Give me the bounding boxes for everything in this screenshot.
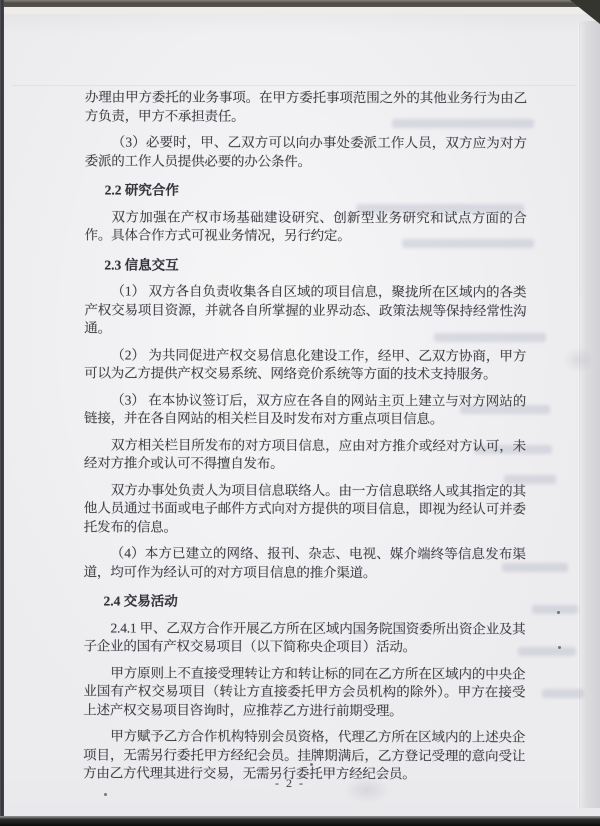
document-paragraph: 甲方原则上不直接受理转让方和转让标的同在乙方所在区域内的中央企业国有产权交易项目… <box>83 664 525 721</box>
speckle <box>558 646 561 649</box>
document-paragraph: 双方加强在产权市场基础建设研究、创新型业务研究和试点方面的合作。具体合作方式可视… <box>85 208 527 246</box>
document-paragraph: （2） 为共同促进产权交易信息化建设工作，经甲、乙双方协商，甲方可以为乙方提供产… <box>84 346 526 384</box>
scan-edge-top <box>0 0 600 7</box>
document-paragraph: 2.4.1 甲、乙双方合作开展乙方所在区域内国务院国资委所出资企业及其子企业的国… <box>83 619 525 657</box>
section-heading: 2.4 交易活动 <box>104 592 526 612</box>
scan-edge-top-highlight <box>3 7 590 14</box>
bleed-through-artifact <box>542 689 584 698</box>
document-paragraph: （3） 在本协议签订后，双方应在各自的网站主页上建立与对方网站的链接，并在各自网… <box>84 391 526 429</box>
crease-line <box>12 85 576 87</box>
page-number: - 2 - <box>4 776 576 791</box>
document-paragraph: （3）必要时，甲、乙双方可以向办事处委派工作人员，双方应为对方委派的工作人员提供… <box>85 133 527 171</box>
smudge <box>564 347 594 373</box>
bleed-through-artifact <box>532 605 578 614</box>
speckle <box>557 611 560 614</box>
scanned-page: 办理由甲方委托的业务事项。在甲方委托事项范围之外的其他业务行为由乙方负责，甲方不… <box>4 7 600 817</box>
document-paragraph: （4）本方已建立的网络、报刊、杂志、电视、媒介端终等信息发布渠道，均可作为经认可… <box>84 544 526 582</box>
section-heading: 2.3 信息交互 <box>104 256 526 276</box>
document-paragraph: 双方相关栏目所发布的对方项目信息，应由对方推介或经对方认可，未经对方推介或认可不… <box>84 436 526 474</box>
section-heading: 2.2 研究合作 <box>105 181 527 201</box>
bleed-through-artifact <box>518 647 576 656</box>
speckle <box>104 793 107 796</box>
scan-edge-left <box>0 0 4 826</box>
document-paragraph: 双方办事处负责人为项目信息联络人。由一方信息联络人或其指定的其他人员通过书面或电… <box>84 481 526 538</box>
document-paragraph: （1） 双方各自负责收集各自区域的项目信息，聚拢所在区域内的各类产权交易项目资源… <box>84 282 526 339</box>
scan-edge-bottom <box>0 816 600 826</box>
document-body: 办理由甲方委托的业务事项。在甲方委托事项范围之外的其他业务行为由乙方负责，甲方不… <box>83 88 527 784</box>
document-paragraph: 办理由甲方委托的业务事项。在甲方委托事项范围之外的其他业务行为由乙方负责，甲方不… <box>85 88 527 126</box>
